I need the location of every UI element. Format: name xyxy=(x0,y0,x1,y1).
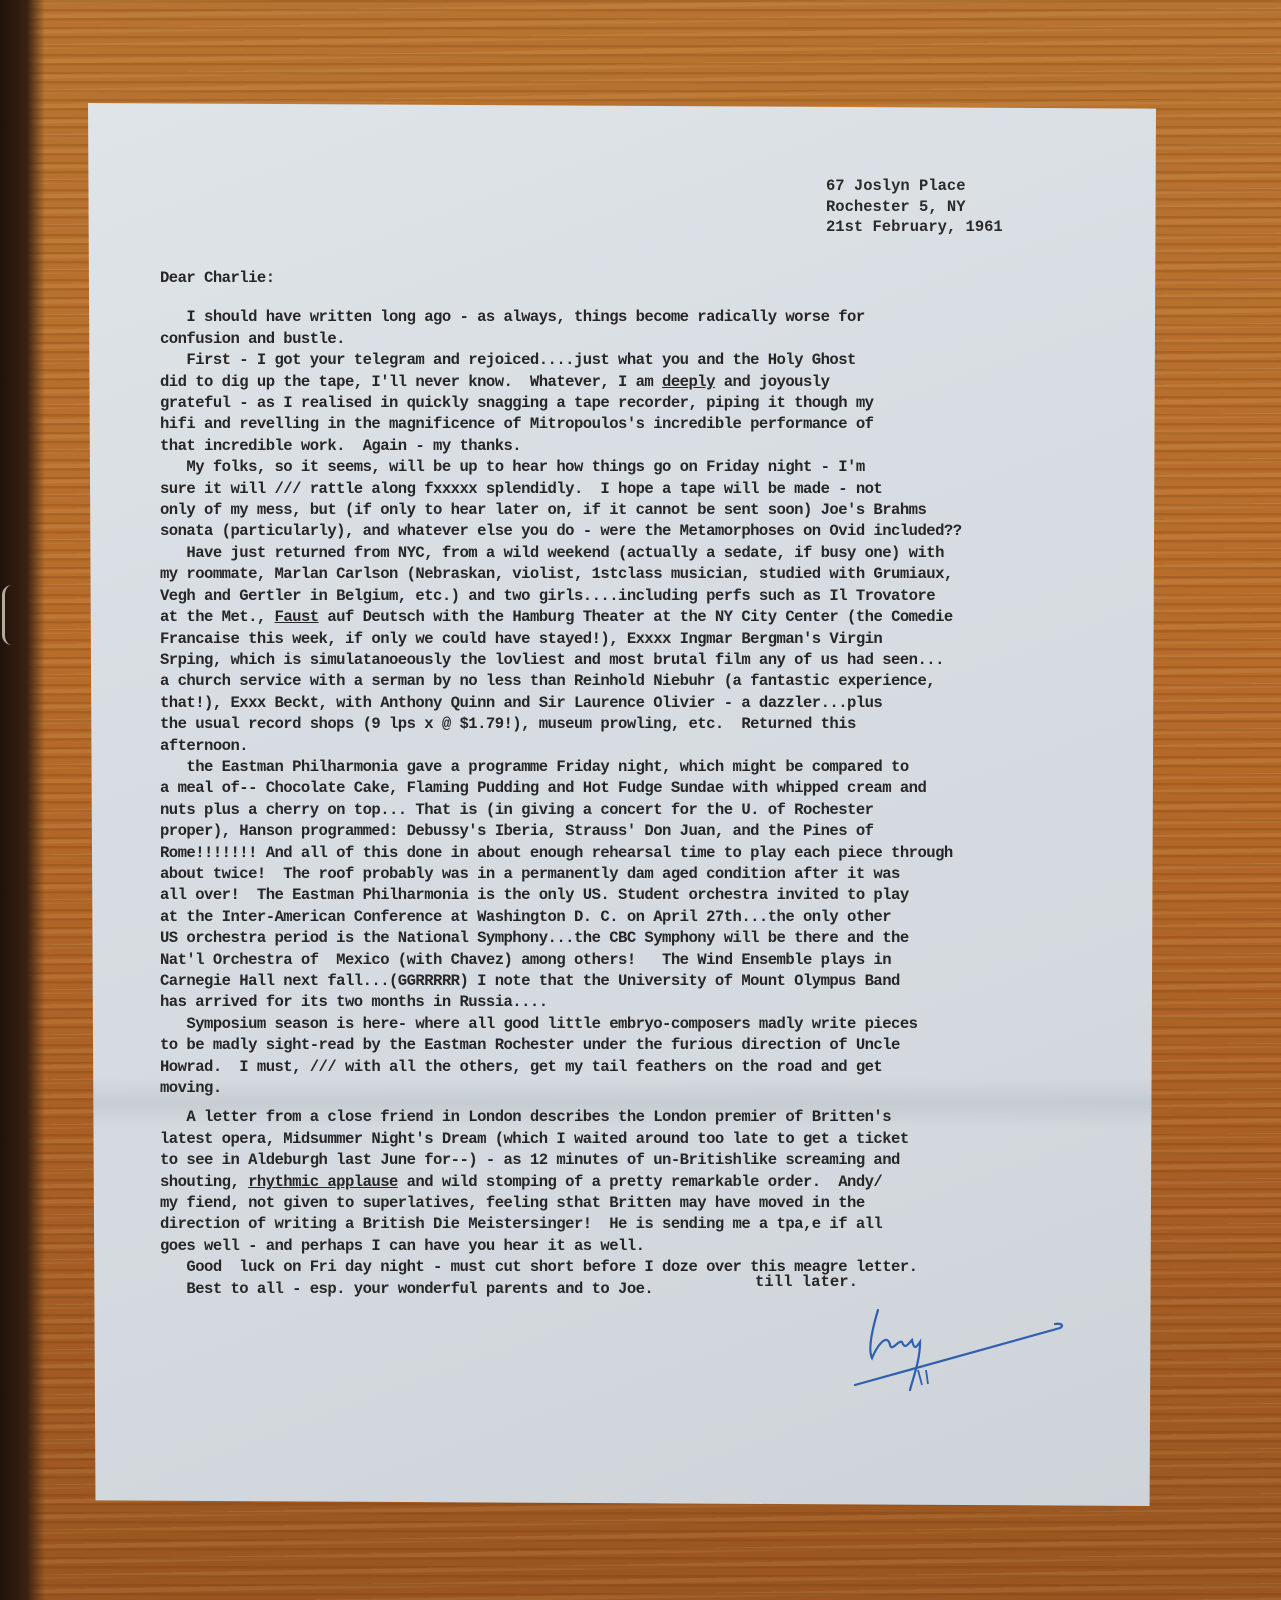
letter-line: did to dig up the tape, I'll never know.… xyxy=(160,372,1140,393)
letter-line xyxy=(160,1099,1140,1107)
letter-line: goes well - and perhaps I can have you h… xyxy=(160,1236,1140,1257)
letter-line: my roommate, Marlan Carlson (Nebraskan, … xyxy=(160,564,1140,585)
letter-line: has arrived for its two months in Russia… xyxy=(160,992,1140,1013)
letter-line: afternoon. xyxy=(160,736,1140,757)
letter-line: a meal of-- Chocolate Cake, Flaming Pudd… xyxy=(160,778,1140,799)
letter-line: only of my mess, but (if only to hear la… xyxy=(160,500,1140,521)
table-shadow xyxy=(0,0,45,1600)
letter-line: A letter from a close friend in London d… xyxy=(160,1107,1140,1128)
letter-line: Symposium season is here- where all good… xyxy=(160,1014,1140,1035)
letter-line: confusion and bustle. xyxy=(160,329,1140,350)
letter-line: nuts plus a cherry on top... That is (in… xyxy=(160,800,1140,821)
address-line-2: Rochester 5, NY xyxy=(826,197,1003,218)
letter-line: at the Met., Faust auf Deutsch with the … xyxy=(160,607,1140,628)
letter-line: sure it will /// rattle along fxxxxx spl… xyxy=(160,479,1140,500)
letter-line: about twice! The roof probably was in a … xyxy=(160,864,1140,885)
letter-lines: I should have written long ago - as alwa… xyxy=(160,307,1140,1300)
letter-line: Howrad. I must, /// with all the others,… xyxy=(160,1057,1140,1078)
letter-line: hifi and revelling in the magnificence o… xyxy=(160,414,1140,435)
letter-line: grateful - as I realised in quickly snag… xyxy=(160,393,1140,414)
letter-line: Vegh and Gertler in Belgium, etc.) and t… xyxy=(160,586,1140,607)
letter-line: Have just returned from NYC, from a wild… xyxy=(160,543,1140,564)
letter-line: sonata (particularly), and whatever else… xyxy=(160,521,1140,542)
closing: till later. xyxy=(755,1273,858,1291)
salutation: Dear Charlie: xyxy=(160,268,1140,289)
letter-line: that!), Exxx Beckt, with Anthony Quinn a… xyxy=(160,693,1140,714)
letter-line: to see in Aldeburgh last June for--) - a… xyxy=(160,1150,1140,1171)
letter-line: the usual record shops (9 lps x @ $1.79!… xyxy=(160,714,1140,735)
sender-address: 67 Joslyn Place Rochester 5, NY 21st Feb… xyxy=(826,176,1003,238)
letter-line: direction of writing a British Die Meist… xyxy=(160,1214,1140,1235)
letter-line: all over! The Eastman Philharmonia is th… xyxy=(160,885,1140,906)
letter-line: moving. xyxy=(160,1078,1140,1099)
letter-date: 21st February, 1961 xyxy=(826,217,1003,238)
letter-line: Rome!!!!!!! And all of this done in abou… xyxy=(160,843,1140,864)
letter-line: Carnegie Hall next fall...(GGRRRRR) I no… xyxy=(160,971,1140,992)
letter-line: the Eastman Philharmonia gave a programm… xyxy=(160,757,1140,778)
letter-line: I should have written long ago - as alwa… xyxy=(160,307,1140,328)
letter-line: latest opera, Midsummer Night's Dream (w… xyxy=(160,1129,1140,1150)
letter-line: First - I got your telegram and rejoiced… xyxy=(160,350,1140,371)
letter-line: Good luck on Fri day night - must cut sh… xyxy=(160,1257,1140,1278)
letter-line: to be madly sight-read by the Eastman Ro… xyxy=(160,1035,1140,1056)
letter-line: Srping, which is simulatanoeously the lo… xyxy=(160,650,1140,671)
letter-line: my fiend, not given to superlatives, fee… xyxy=(160,1193,1140,1214)
letter-line: shouting, rhythmic applause and wild sto… xyxy=(160,1172,1140,1193)
letter-line: proper), Hanson programmed: Debussy's Ib… xyxy=(160,821,1140,842)
letter-line: that incredible work. Again - my thanks. xyxy=(160,436,1140,457)
letter-line: My folks, so it seems, will be up to hea… xyxy=(160,457,1140,478)
letter-line: US orchestra period is the National Symp… xyxy=(160,928,1140,949)
address-line-1: 67 Joslyn Place xyxy=(826,176,1003,197)
letter-line: a church service with a serman by no les… xyxy=(160,671,1140,692)
string-decoration xyxy=(2,585,23,645)
letter-line: Nat'l Orchestra of Mexico (with Chavez) … xyxy=(160,950,1140,971)
letter-line: at the Inter-American Conference at Wash… xyxy=(160,907,1140,928)
letter-line: Francaise this week, if only we could ha… xyxy=(160,629,1140,650)
letter-body: Dear Charlie: I should have written long… xyxy=(160,268,1140,1300)
signature-icon xyxy=(850,1290,1070,1420)
